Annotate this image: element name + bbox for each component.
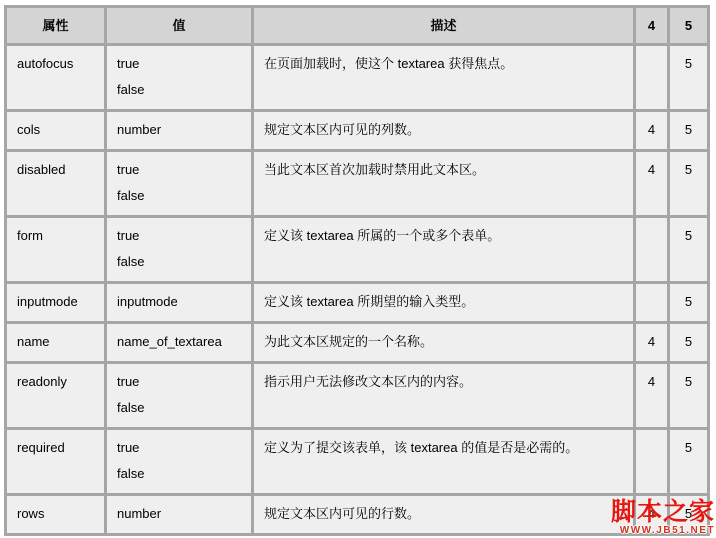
- html4-support: [636, 430, 667, 493]
- attribute-name: form: [7, 218, 104, 281]
- attribute-values: inputmode: [107, 284, 251, 321]
- html5-support: 5: [670, 112, 707, 149]
- value-option: false: [117, 400, 241, 415]
- attribute-description: 指示用户无法修改文本区内的内容。: [254, 364, 633, 427]
- header-col-attribute: 属性: [7, 8, 104, 43]
- value-option: true: [117, 56, 241, 71]
- attribute-description: 定义该 textarea 所属的一个或多个表单。: [254, 218, 633, 281]
- attribute-values: true false: [107, 430, 251, 493]
- html5-support: 5: [670, 430, 707, 493]
- table-row-inputmode: inputmode inputmode 定义该 textarea 所期望的输入类…: [7, 284, 707, 321]
- html5-support: 5: [670, 496, 707, 533]
- attribute-values: number: [107, 112, 251, 149]
- value-option: true: [117, 374, 241, 389]
- html5-support: 5: [670, 324, 707, 361]
- value-option: false: [117, 82, 241, 97]
- attribute-name: readonly: [7, 364, 104, 427]
- table-row-readonly: readonly true false 指示用户无法修改文本区内的内容。 4 5: [7, 364, 707, 427]
- value-option: number: [117, 122, 241, 137]
- value-option: false: [117, 466, 241, 481]
- attribute-values: true false: [107, 218, 251, 281]
- textarea-attributes-table: 属性 值 描述 4 5 autofocus true false 在页面加载时，…: [4, 5, 710, 536]
- table-row-disabled: disabled true false 当此文本区首次加载时禁用此文本区。 4 …: [7, 152, 707, 215]
- header-col-html4: 4: [636, 8, 667, 43]
- attribute-values: true false: [107, 152, 251, 215]
- html4-support: 4: [636, 324, 667, 361]
- table-row-cols: cols number 规定文本区内可见的列数。 4 5: [7, 112, 707, 149]
- table-row-name: name name_of_textarea 为此文本区规定的一个名称。 4 5: [7, 324, 707, 361]
- attribute-name: inputmode: [7, 284, 104, 321]
- attribute-values: number: [107, 496, 251, 533]
- attribute-name: name: [7, 324, 104, 361]
- html4-support: 4: [636, 152, 667, 215]
- table-row-rows: rows number 规定文本区内可见的行数。 4 5: [7, 496, 707, 533]
- attribute-description: 规定文本区内可见的列数。: [254, 112, 633, 149]
- html4-support: [636, 46, 667, 109]
- value-option: number: [117, 506, 241, 521]
- header-col-description: 描述: [254, 8, 633, 43]
- html4-support: 4: [636, 112, 667, 149]
- table-row-autofocus: autofocus true false 在页面加载时，使这个 textarea…: [7, 46, 707, 109]
- attribute-description: 当此文本区首次加载时禁用此文本区。: [254, 152, 633, 215]
- table-row-required: required true false 定义为了提交该表单，该 textarea…: [7, 430, 707, 493]
- value-option: true: [117, 228, 241, 243]
- header-col-value: 值: [107, 8, 251, 43]
- html4-support: 4: [636, 364, 667, 427]
- html5-support: 5: [670, 364, 707, 427]
- attribute-name: cols: [7, 112, 104, 149]
- table-row-form: form true false 定义该 textarea 所属的一个或多个表单。…: [7, 218, 707, 281]
- attribute-values: true false: [107, 364, 251, 427]
- value-option: false: [117, 188, 241, 203]
- attribute-description: 在页面加载时，使这个 textarea 获得焦点。: [254, 46, 633, 109]
- attribute-description: 为此文本区规定的一个名称。: [254, 324, 633, 361]
- html5-support: 5: [670, 46, 707, 109]
- value-option: true: [117, 440, 241, 455]
- page: 属性 值 描述 4 5 autofocus true false 在页面加载时，…: [0, 0, 716, 538]
- attribute-values: name_of_textarea: [107, 324, 251, 361]
- attribute-name: autofocus: [7, 46, 104, 109]
- html5-support: 5: [670, 152, 707, 215]
- html5-support: 5: [670, 218, 707, 281]
- html4-support: [636, 284, 667, 321]
- value-option: inputmode: [117, 294, 241, 309]
- attribute-description: 定义为了提交该表单，该 textarea 的值是否是必需的。: [254, 430, 633, 493]
- html5-support: 5: [670, 284, 707, 321]
- attribute-values: true false: [107, 46, 251, 109]
- attribute-name: rows: [7, 496, 104, 533]
- html4-support: 4: [636, 496, 667, 533]
- value-option: true: [117, 162, 241, 177]
- value-option: false: [117, 254, 241, 269]
- attribute-name: disabled: [7, 152, 104, 215]
- attribute-description: 规定文本区内可见的行数。: [254, 496, 633, 533]
- value-option: name_of_textarea: [117, 334, 241, 349]
- header-col-html5: 5: [670, 8, 707, 43]
- table-header-row: 属性 值 描述 4 5: [7, 8, 707, 43]
- html4-support: [636, 218, 667, 281]
- attribute-name: required: [7, 430, 104, 493]
- attribute-description: 定义该 textarea 所期望的输入类型。: [254, 284, 633, 321]
